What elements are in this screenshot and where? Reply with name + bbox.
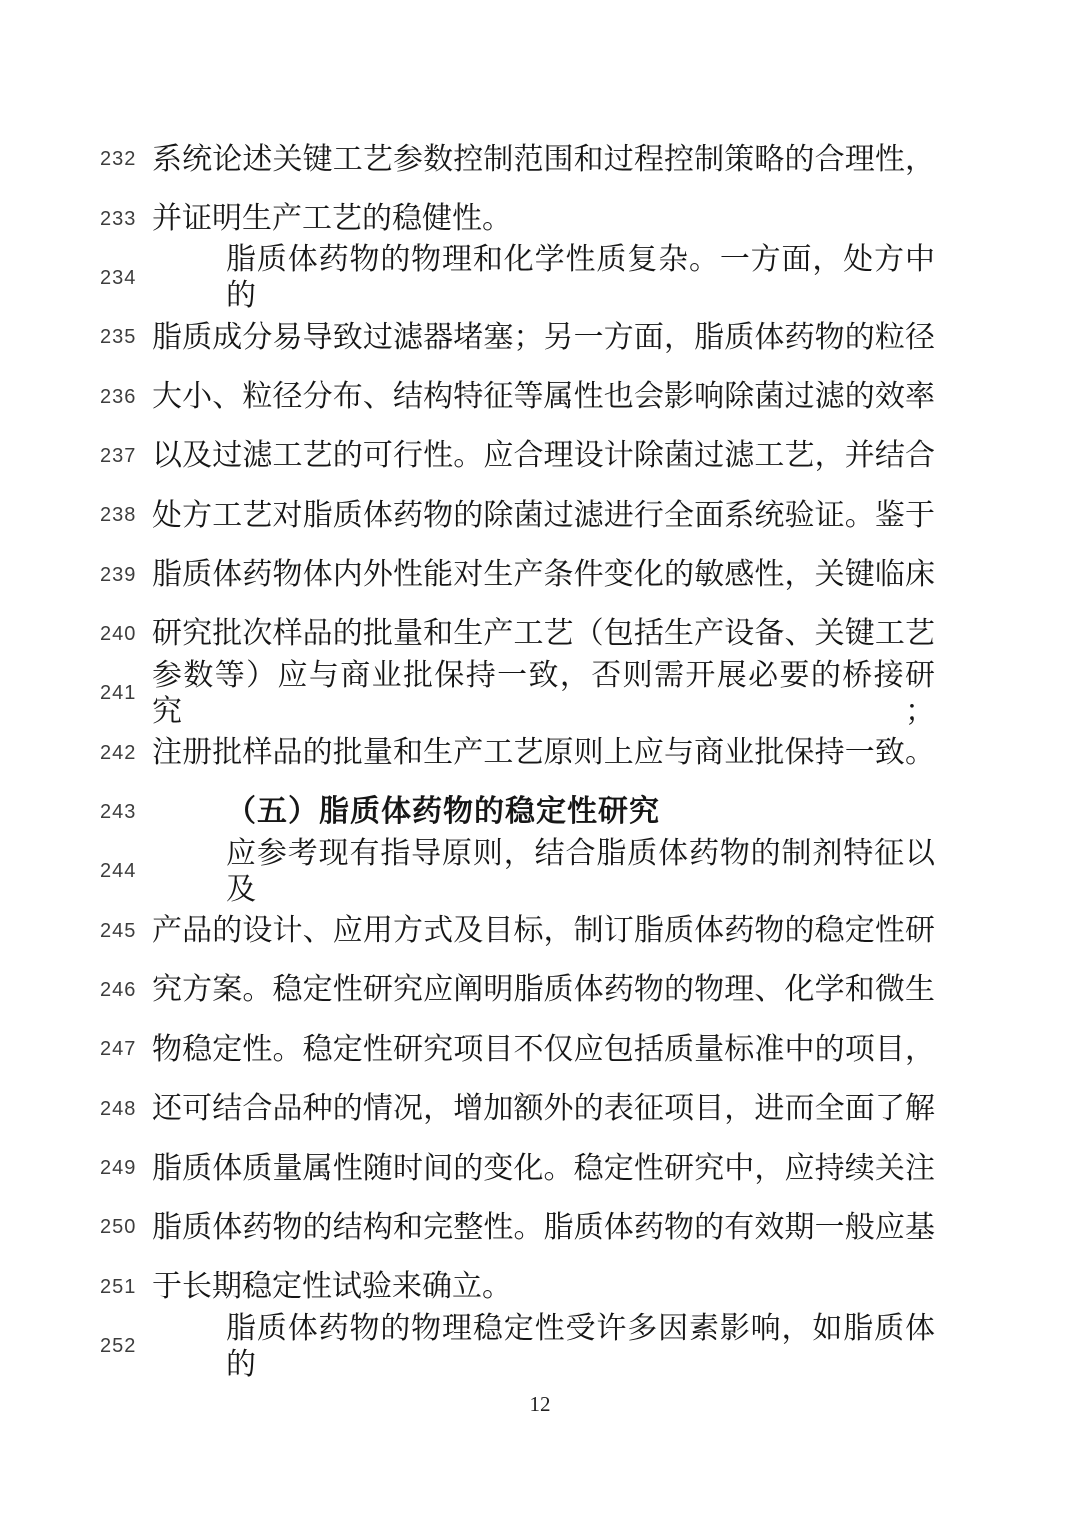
line-text: 应参考现有指导原则，结合脂质体药物的制剂特征以及 bbox=[152, 836, 935, 908]
line-text: 处方工艺对脂质体药物的除菌过滤进行全面系统验证。鉴于 bbox=[152, 498, 935, 534]
line-text: 脂质体药物的物理稳定性受许多因素影响，如脂质体的 bbox=[152, 1311, 935, 1383]
text-line: 240 研究批次样品的批量和生产工艺（包括生产设备、关键工艺 bbox=[0, 605, 1080, 664]
line-number: 242 bbox=[100, 742, 152, 765]
line-text: 还可结合品种的情况，增加额外的表征项目，进而全面了解 bbox=[152, 1091, 935, 1127]
line-number: 238 bbox=[100, 504, 152, 527]
line-number: 249 bbox=[100, 1157, 152, 1180]
line-number: 243 bbox=[100, 801, 152, 824]
line-text: 注册批样品的批量和生产工艺原则上应与商业批保持一致。 bbox=[152, 735, 935, 771]
line-text: 究方案。稳定性研究应阐明脂质体药物的物理、化学和微生 bbox=[152, 972, 935, 1008]
line-text: 脂质体药物体内外性能对生产条件变化的敏感性，关键临床 bbox=[152, 557, 935, 593]
text-line: 250 脂质体药物的结构和完整性。脂质体药物的有效期一般应基 bbox=[0, 1198, 1080, 1257]
line-number: 246 bbox=[100, 979, 152, 1002]
line-text: 物稳定性。稳定性研究项目不仅应包括质量标准中的项目， bbox=[152, 1032, 935, 1068]
text-line: 246 究方案。稳定性研究应阐明脂质体药物的物理、化学和微生 bbox=[0, 961, 1080, 1020]
line-number: 248 bbox=[100, 1098, 152, 1121]
text-line: 248 还可结合品种的情况，增加额外的表征项目，进而全面了解 bbox=[0, 1080, 1080, 1139]
line-text: 系统论述关键工艺参数控制范围和过程控制策略的合理性， bbox=[152, 142, 935, 178]
text-line: 233 并证明生产工艺的稳健性。 bbox=[0, 189, 1080, 248]
text-line: 236 大小、粒径分布、结构特征等属性也会影响除菌过滤的效率 bbox=[0, 367, 1080, 426]
line-number: 247 bbox=[100, 1038, 152, 1061]
line-text: 脂质成分易导致过滤器堵塞；另一方面，脂质体药物的粒径 bbox=[152, 320, 935, 356]
line-number: 250 bbox=[100, 1216, 152, 1239]
line-text: 研究批次样品的批量和生产工艺（包括生产设备、关键工艺 bbox=[152, 616, 935, 652]
page-number: 12 bbox=[0, 1392, 1080, 1417]
line-text: 脂质体药物的结构和完整性。脂质体药物的有效期一般应基 bbox=[152, 1210, 935, 1246]
text-line: 252 脂质体药物的物理稳定性受许多因素影响，如脂质体的 bbox=[0, 1317, 1080, 1376]
text-line: 237 以及过滤工艺的可行性。应合理设计除菌过滤工艺，并结合 bbox=[0, 427, 1080, 486]
line-text: 参数等）应与商业批保持一致，否则需开展必要的桥接研究； bbox=[152, 658, 935, 730]
text-line: 242 注册批样品的批量和生产工艺原则上应与商业批保持一致。 bbox=[0, 723, 1080, 782]
line-number: 233 bbox=[100, 208, 152, 231]
text-line: 235 脂质成分易导致过滤器堵塞；另一方面，脂质体药物的粒径 bbox=[0, 308, 1080, 367]
line-number: 241 bbox=[100, 682, 152, 705]
text-line: 239 脂质体药物体内外性能对生产条件变化的敏感性，关键临床 bbox=[0, 545, 1080, 604]
line-number: 239 bbox=[100, 564, 152, 587]
line-number: 251 bbox=[100, 1276, 152, 1299]
line-text: 脂质体质量属性随时间的变化。稳定性研究中，应持续关注 bbox=[152, 1151, 935, 1187]
line-number: 235 bbox=[100, 326, 152, 349]
text-line: 245 产品的设计、应用方式及目标，制订脂质体药物的稳定性研 bbox=[0, 901, 1080, 960]
text-line: 241 参数等）应与商业批保持一致，否则需开展必要的桥接研究； bbox=[0, 664, 1080, 723]
line-number: 232 bbox=[100, 148, 152, 171]
document-page: 232 系统论述关键工艺参数控制范围和过程控制策略的合理性， 233 并证明生产… bbox=[0, 0, 1080, 1527]
line-text: 并证明生产工艺的稳健性。 bbox=[152, 201, 935, 237]
line-text: 大小、粒径分布、结构特征等属性也会影响除菌过滤的效率 bbox=[152, 379, 935, 415]
text-line: 238 处方工艺对脂质体药物的除菌过滤进行全面系统验证。鉴于 bbox=[0, 486, 1080, 545]
line-text: 产品的设计、应用方式及目标，制订脂质体药物的稳定性研 bbox=[152, 913, 935, 949]
line-text: （五）脂质体药物的稳定性研究 bbox=[152, 794, 935, 830]
line-number: 244 bbox=[100, 860, 152, 883]
text-line: 232 系统论述关键工艺参数控制范围和过程控制策略的合理性， bbox=[0, 130, 1080, 189]
line-number: 234 bbox=[100, 267, 152, 290]
line-number: 252 bbox=[100, 1335, 152, 1358]
text-line: 234 脂质体药物的物理和化学性质复杂。一方面，处方中的 bbox=[0, 249, 1080, 308]
document-body: 232 系统论述关键工艺参数控制范围和过程控制策略的合理性， 233 并证明生产… bbox=[0, 130, 1080, 1376]
line-text: 脂质体药物的物理和化学性质复杂。一方面，处方中的 bbox=[152, 242, 935, 314]
text-line: 247 物稳定性。稳定性研究项目不仅应包括质量标准中的项目， bbox=[0, 1020, 1080, 1079]
text-line: 251 于长期稳定性试验来确立。 bbox=[0, 1258, 1080, 1317]
text-line: 244 应参考现有指导原则，结合脂质体药物的制剂特征以及 bbox=[0, 842, 1080, 901]
line-number: 245 bbox=[100, 920, 152, 943]
text-line: 249 脂质体质量属性随时间的变化。稳定性研究中，应持续关注 bbox=[0, 1139, 1080, 1198]
line-text: 于长期稳定性试验来确立。 bbox=[152, 1269, 935, 1305]
line-number: 236 bbox=[100, 386, 152, 409]
section-heading-line: 243 （五）脂质体药物的稳定性研究 bbox=[0, 783, 1080, 842]
line-number: 240 bbox=[100, 623, 152, 646]
line-text: 以及过滤工艺的可行性。应合理设计除菌过滤工艺，并结合 bbox=[152, 438, 935, 474]
line-number: 237 bbox=[100, 445, 152, 468]
